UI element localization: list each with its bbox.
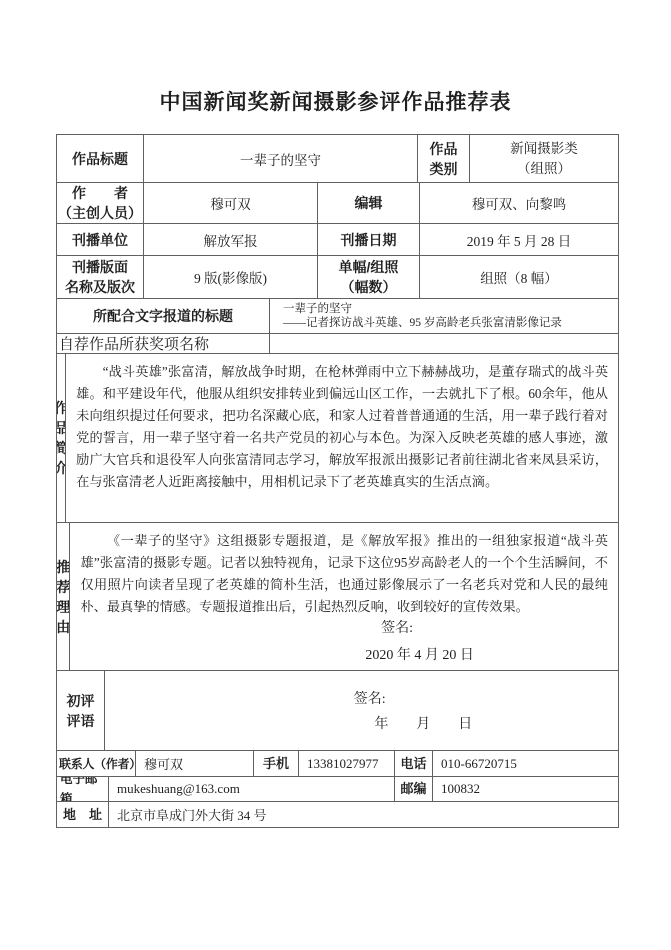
intro-text-cell: “战斗英雄”张富清，解放战争时期，在枪林弹雨中立下赫赫战功，是董存瑞式的战斗英雄… xyxy=(66,354,618,523)
table-row: 电子邮箱 mukeshuang@163.com 邮编 100832 xyxy=(57,777,618,802)
format-label: 单幅/组照 （幅数） xyxy=(318,256,420,299)
address-value: 北京市阜成门外大街 34 号 xyxy=(109,802,618,827)
table-row: 作品 简介 “战斗英雄”张富清，解放战争时期，在枪林弹雨中立下赫赫战功，是董存瑞… xyxy=(57,354,618,523)
review-sign-date: 年 月 日 xyxy=(105,714,618,736)
edition-value: 9 版(影像版) xyxy=(144,256,318,299)
table-row: 作品标题 一辈子的坚守 作品 类别 新闻摄影类 （组照） xyxy=(57,135,618,183)
self-award-value xyxy=(270,334,618,354)
table-row: 刊播版面 名称及版次 9 版(影像版) 单幅/组照 （幅数） 组照（8 幅） xyxy=(57,256,618,299)
intro-label: 作品 简介 xyxy=(57,354,66,523)
text-report-label: 所配合文字报道的标题 xyxy=(57,299,270,334)
document-page: 中国新闻奖新闻摄影参评作品推荐表 作品标题 一辈子的坚守 作品 类别 新闻摄影类… xyxy=(0,0,671,950)
recommend-text-cell: 《一辈子的坚守》这组摄影专题报道，是《解放军报》推出的一组独家报道“战斗英雄”张… xyxy=(70,523,618,671)
mobile-label: 手机 xyxy=(254,751,299,777)
recommend-sign-label: 签名: xyxy=(80,618,608,640)
publish-date-label: 刊播日期 xyxy=(318,224,420,256)
editor-value: 穆可双、向黎鸣 xyxy=(420,183,618,224)
author-value: 穆可双 xyxy=(144,183,318,224)
recommend-sign-date: 2020 年 4 月 20 日 xyxy=(80,645,608,667)
page-title: 中国新闻奖新闻摄影参评作品推荐表 xyxy=(0,86,671,116)
table-row: 作 者 （主创人员） 穆可双 编辑 穆可双、向黎鸣 xyxy=(57,183,618,224)
phone-label: 电话 xyxy=(395,751,433,777)
table-row: 所配合文字报道的标题 一辈子的坚守 ——记者探访战斗英雄、95 岁高龄老兵张富清… xyxy=(57,299,618,334)
review-sign-label: 签名: xyxy=(105,689,618,711)
publisher-label: 刊播单位 xyxy=(57,224,144,256)
contact-label: 联系人（作者） xyxy=(57,751,136,777)
table-row: 推荐 理由 《一辈子的坚守》这组摄影专题报道，是《解放军报》推出的一组独家报道“… xyxy=(57,523,618,671)
email-value: mukeshuang@163.com xyxy=(109,777,395,802)
table-row: 刊播单位 解放军报 刊播日期 2019 年 5 月 28 日 xyxy=(57,224,618,256)
text-report-value: 一辈子的坚守 ——记者探访战斗英雄、95 岁高龄老兵张富清影像记录 xyxy=(270,299,618,334)
publisher-value: 解放军报 xyxy=(144,224,318,256)
postcode-label: 邮编 xyxy=(395,777,433,802)
category-value: 新闻摄影类 （组照） xyxy=(470,135,618,183)
editor-label: 编辑 xyxy=(318,183,420,224)
recommend-label: 推荐 理由 xyxy=(57,523,70,671)
work-title-label: 作品标题 xyxy=(57,135,144,183)
table-row: 地 址 北京市阜成门外大街 34 号 xyxy=(57,802,618,827)
author-label: 作 者 （主创人员） xyxy=(57,183,144,224)
intro-paragraph: “战斗英雄”张富清，解放战争时期，在枪林弹雨中立下赫赫战功，是董存瑞式的战斗英雄… xyxy=(76,361,608,493)
contact-name-value: 穆可双 xyxy=(136,751,254,777)
email-label: 电子邮箱 xyxy=(57,777,109,802)
table-row: 初评 评语 签名: 年 月 日 xyxy=(57,671,618,751)
phone-value: 010-66720715 xyxy=(433,751,618,777)
table-row: 联系人（作者） 穆可双 手机 13381027977 电话 010-667207… xyxy=(57,751,618,777)
format-value: 组照（8 幅） xyxy=(420,256,618,299)
form-table: 作品标题 一辈子的坚守 作品 类别 新闻摄影类 （组照） 作 者 （主创人员） … xyxy=(56,134,619,828)
category-label: 作品 类别 xyxy=(418,135,470,183)
review-sign-cell: 签名: 年 月 日 xyxy=(105,671,618,751)
address-label: 地 址 xyxy=(57,802,109,827)
mobile-value: 13381027977 xyxy=(299,751,395,777)
edition-label: 刊播版面 名称及版次 xyxy=(57,256,144,299)
postcode-value: 100832 xyxy=(433,777,618,802)
table-row: 自荐作品所获奖项名称 xyxy=(57,334,618,354)
review-label: 初评 评语 xyxy=(57,671,105,751)
publish-date-value: 2019 年 5 月 28 日 xyxy=(420,224,618,256)
recommend-paragraph: 《一辈子的坚守》这组摄影专题报道，是《解放军报》推出的一组独家报道“战斗英雄”张… xyxy=(80,530,608,618)
work-title-value: 一辈子的坚守 xyxy=(144,135,418,183)
self-award-label: 自荐作品所获奖项名称 xyxy=(57,334,270,354)
